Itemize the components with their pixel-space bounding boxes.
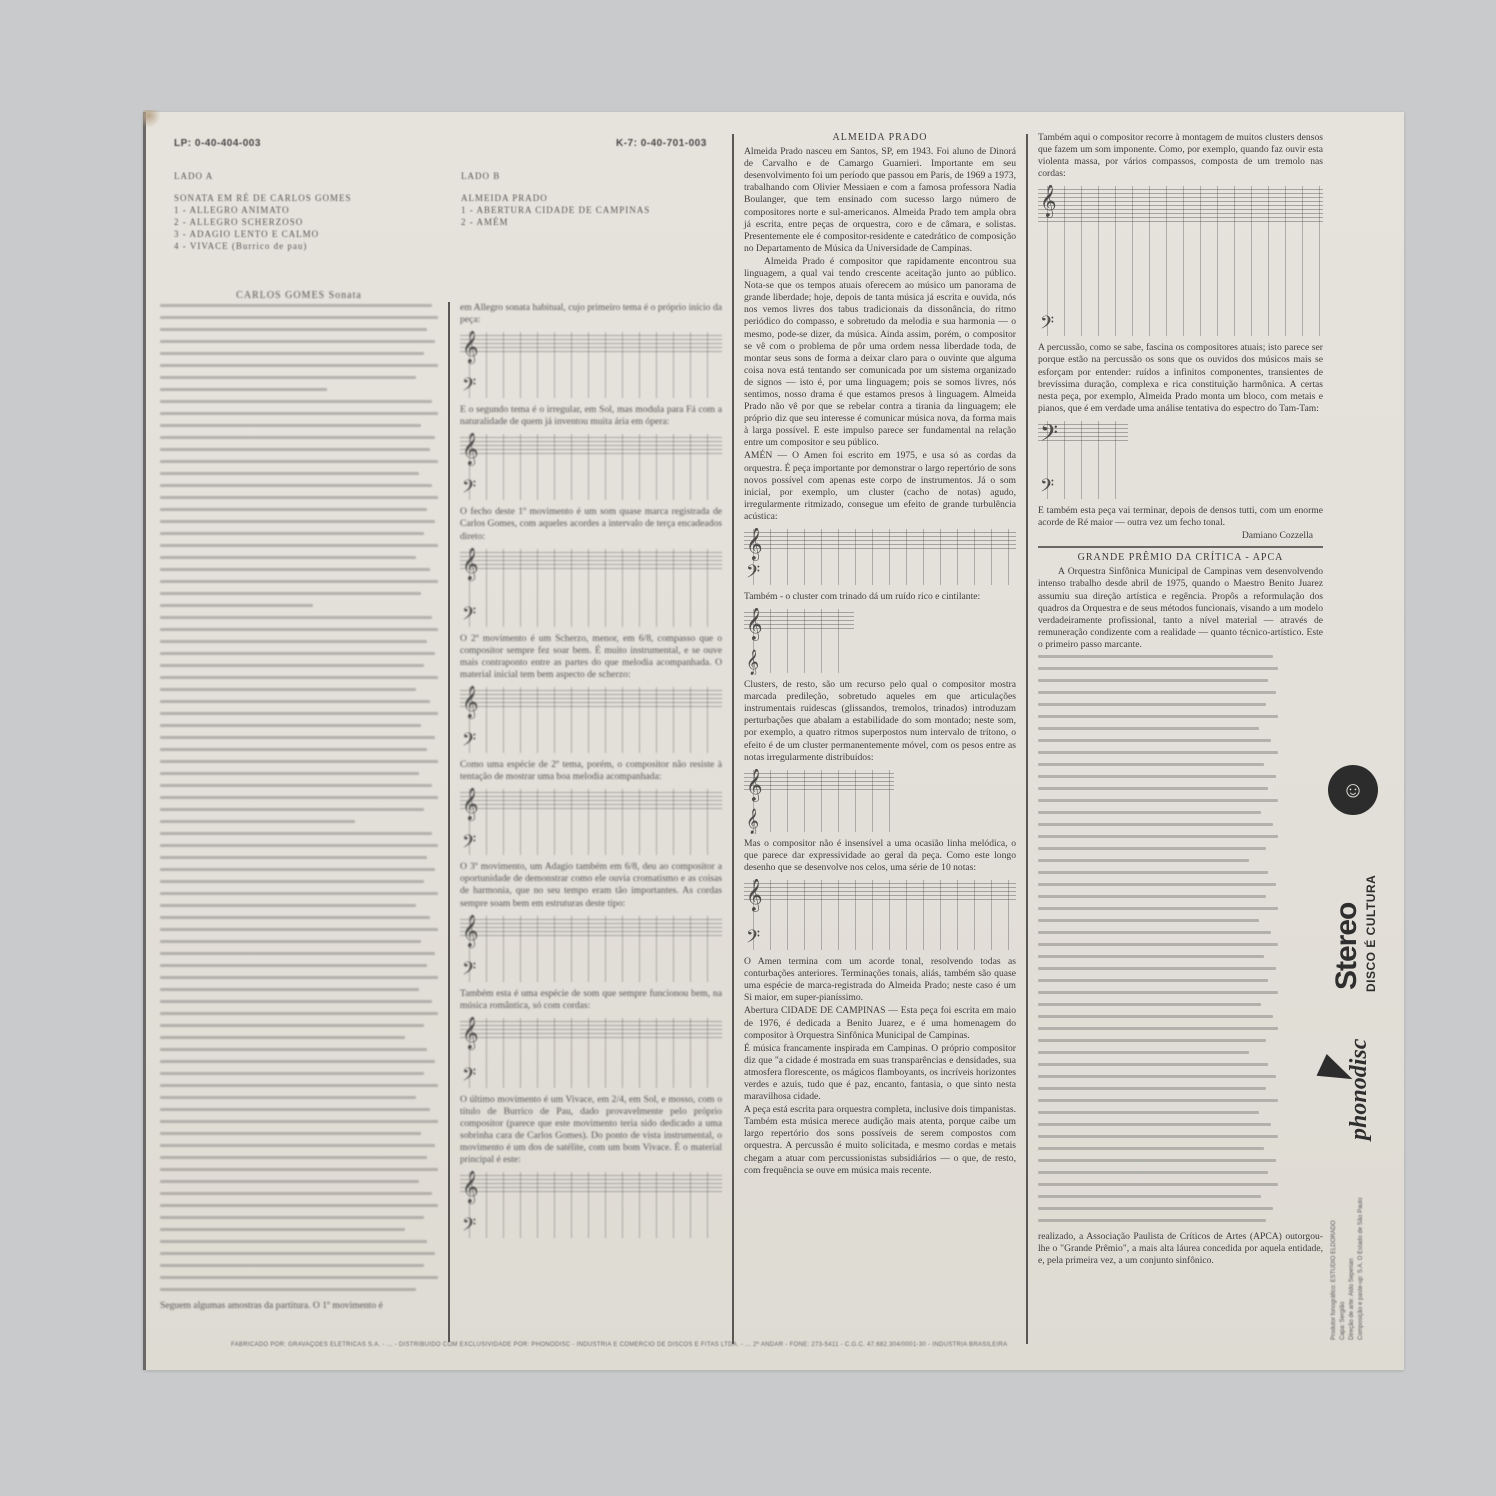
paragraph: Almeida Prado é compositor que rapidamen… <box>744 256 1016 450</box>
music-excerpt: 𝄞𝄢 <box>744 529 1016 585</box>
paragraph: Também esta é uma espécie de som que sem… <box>460 988 722 1012</box>
paragraph: Almeida Prado nasceu em Santos, SP, em 1… <box>744 146 1016 255</box>
phonodisc-logo: phonodisc <box>1346 1039 1373 1140</box>
disco-e-cultura-logo: DISCO É CULTURA <box>1364 875 1378 992</box>
column-almeida-prado: ALMEIDA PRADO Almeida Prado nasceu em Sa… <box>744 132 1016 1178</box>
music-excerpt: 𝄞𝄢 <box>460 549 722 627</box>
side-a-track: 4 - VIVACE (Burrico de pau) <box>174 240 352 252</box>
paragraph: O Amen termina com um acorde tonal, reso… <box>744 956 1016 1004</box>
music-excerpt: 𝄞𝄢 <box>1038 186 1323 336</box>
record-sleeve-back: LP: 0-40-404-003 K-7: 0-40-701-003 LADO … <box>143 112 1404 1370</box>
column-divider <box>1026 134 1028 1344</box>
section-divider <box>1038 546 1323 548</box>
column-closing-line: Seguem algumas amostras da partitura. O … <box>160 1300 438 1312</box>
music-excerpt: 𝄞𝄢 <box>460 1018 722 1088</box>
music-excerpt: 𝄞𝄞 <box>744 770 894 832</box>
paragraph: Como uma espécie de 2º tema, porém, o co… <box>460 759 722 783</box>
side-b-track: 1 - ABERTURA CIDADE DE CAMPINAS <box>461 204 650 216</box>
paragraph: E o segundo tema é o irregular, em Sol, … <box>460 404 722 428</box>
paragraph: E também esta peça vai terminar, depois … <box>1038 505 1323 529</box>
side-b-track: 2 - AMÉM <box>461 216 650 228</box>
music-excerpt: 𝄞𝄢 <box>460 1172 722 1238</box>
paragraph: O 2º movimento é um Scherzo, menor, em 6… <box>460 633 722 681</box>
paragraph: em Allegro sonata habitual, cujo primeir… <box>460 302 722 326</box>
side-b: LADO B ALMEIDA PRADO 1 - ABERTURA CIDADE… <box>461 170 650 228</box>
column-carlos-gomes: CARLOS GOMES Sonata Seguem algumas amost… <box>160 290 438 1313</box>
column-divider <box>448 302 450 1342</box>
music-excerpt: 𝄞𝄢 <box>460 434 722 500</box>
production-credits: Produtor fonográfico: ESTÚDIO ELDORADO C… <box>1330 1198 1366 1340</box>
paragraph: Clusters, de resto, são um recurso pelo … <box>744 679 1016 764</box>
side-b-work: ALMEIDA PRADO <box>461 192 650 204</box>
column-continuation: Também aqui o compositor recorre à monta… <box>1038 132 1323 1268</box>
column-divider <box>732 134 734 1344</box>
paragraph: Mas o compositor não é insensível a uma … <box>744 838 1016 874</box>
blurred-text-block <box>160 304 438 1291</box>
music-excerpt: 𝄞𝄢 <box>460 687 722 753</box>
paragraph: Abertura CIDADE DE CAMPINAS — Esta peça … <box>744 1005 1016 1041</box>
music-excerpt: 𝄞𝄢 <box>460 789 722 855</box>
side-a-track: 3 - ADAGIO LENTO E CALMO <box>174 228 352 240</box>
catalog-k7: K-7: 0-40-701-003 <box>616 138 707 149</box>
paragraph: A peça está escrita para orquestra compl… <box>744 1104 1016 1177</box>
paragraph: AMÉN — O Amen foi escrito em 1975, e usa… <box>744 450 1016 523</box>
column-sonata-analysis: em Allegro sonata habitual, cujo primeir… <box>460 302 722 1244</box>
catalog-lp: LP: 0-40-404-003 <box>174 138 261 149</box>
side-b-title: LADO B <box>461 170 650 182</box>
column-heading: ALMEIDA PRADO <box>744 132 1016 144</box>
paragraph: Também - o cluster com trinado dá um ruí… <box>744 591 1016 603</box>
paragraph: O 3º movimento, um Adagio também em 6/8,… <box>460 861 722 909</box>
side-a: LADO A SONATA EM RÉ DE CARLOS GOMES 1 - … <box>174 170 352 252</box>
music-excerpt: 𝄞𝄞 <box>744 609 854 673</box>
blurred-text-block <box>1038 655 1278 1222</box>
credit-line: Capa: Sergião <box>1339 1198 1348 1340</box>
paragraph: A Orquestra Sinfônica Municipal de Campi… <box>1038 566 1323 651</box>
paragraph: O último movimento é um Vivace, em 2/4, … <box>460 1094 722 1167</box>
paragraph: A percussão, como se sabe, fascina os co… <box>1038 342 1323 415</box>
music-excerpt: 𝄢𝄢 <box>1038 421 1128 499</box>
award-heading: GRANDE PRÊMIO DA CRÍTICA - APCA <box>1038 552 1323 564</box>
music-excerpt: 𝄞𝄢 <box>744 880 1016 950</box>
column-heading: CARLOS GOMES Sonata <box>160 290 438 302</box>
paragraph: É música francamente inspirada em Campin… <box>744 1043 1016 1103</box>
credit-line: Direção de arte: Aldo Seperian <box>1348 1198 1357 1340</box>
paragraph: realizado, a Associação Paulista de Crít… <box>1038 1231 1323 1267</box>
side-a-title: LADO A <box>174 170 352 182</box>
legal-footer: FABRICADO POR: GRAVAÇÕES ELÉTRICAS S.A. … <box>231 1342 1007 1348</box>
paragraph: Também aqui o compositor recorre à monta… <box>1038 132 1323 180</box>
credit-line: Composição e paste-up: S.A. O Estado de … <box>1357 1198 1366 1340</box>
corner-wear <box>143 110 161 128</box>
author-signature: Damiano Cozzella <box>1038 530 1323 542</box>
side-a-track: 1 - ALLEGRO ANIMATO <box>174 204 352 216</box>
credit-line: Produtor fonográfico: ESTÚDIO ELDORADO <box>1330 1198 1339 1340</box>
side-a-work: SONATA EM RÉ DE CARLOS GOMES <box>174 192 352 204</box>
side-a-track: 2 - ALLEGRO SCHERZOSO <box>174 216 352 228</box>
music-excerpt: 𝄞𝄢 <box>460 916 722 982</box>
label-logos: ☺ Stereo DISCO É CULTURA phonodisc <box>1318 760 1388 1160</box>
stereo-logo: Stereo <box>1330 903 1364 990</box>
music-excerpt: 𝄞𝄢 <box>460 332 722 398</box>
composer-portrait-icon: ☺ <box>1328 765 1378 815</box>
paragraph: O fecho deste 1º movimento é um som quas… <box>460 506 722 542</box>
